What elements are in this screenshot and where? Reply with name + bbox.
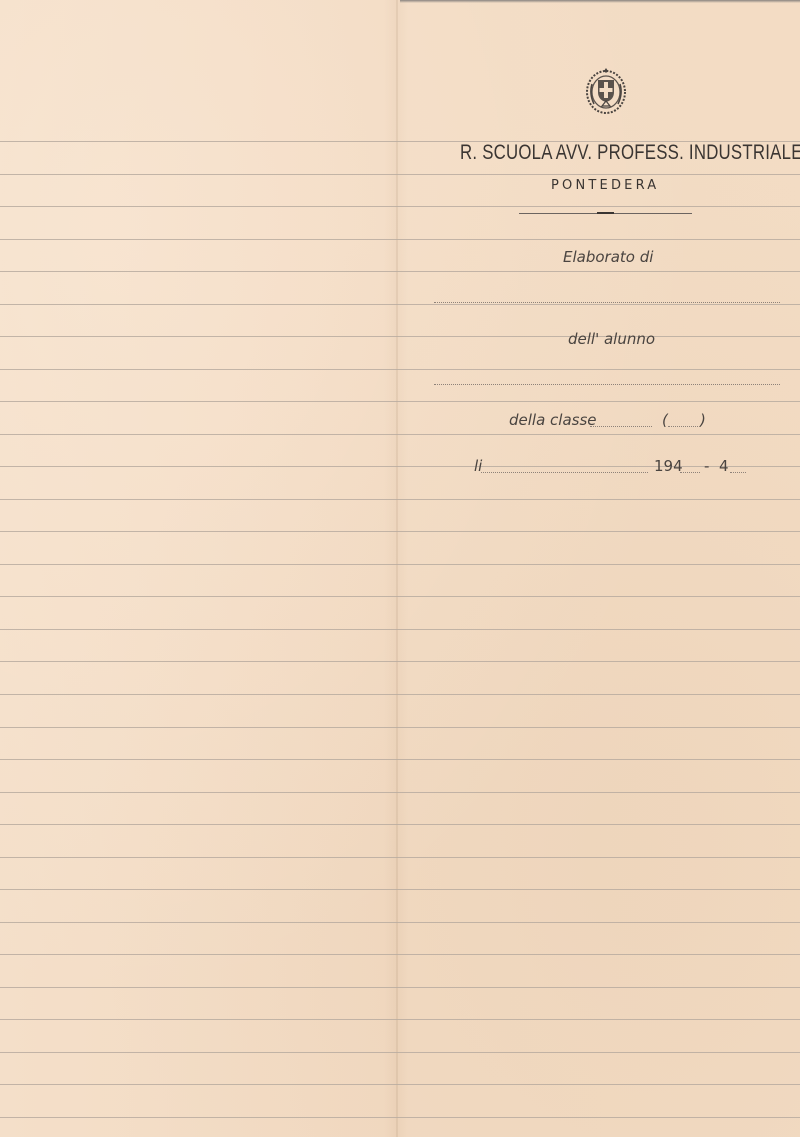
school-year-field[interactable] <box>730 472 746 473</box>
ruled-line <box>0 434 800 435</box>
section-field[interactable] <box>668 426 698 427</box>
ruled-line <box>0 239 800 240</box>
ruled-line <box>0 1084 800 1085</box>
section-close: ) <box>700 411 706 429</box>
ruled-line <box>0 1052 800 1053</box>
ruled-line <box>0 271 800 272</box>
ruled-line <box>0 987 800 988</box>
ruled-line <box>0 759 800 760</box>
student-field[interactable] <box>434 384 780 385</box>
sheet-top-edge <box>400 0 800 3</box>
ruled-line <box>0 1117 800 1118</box>
ruled-line <box>0 564 800 565</box>
ruled-line <box>0 889 800 890</box>
ruled-line <box>0 304 800 305</box>
ruled-line <box>0 499 800 500</box>
savoy-coat-of-arms-icon <box>584 66 628 118</box>
ruled-line <box>0 629 800 630</box>
school-year-prefix: 4 <box>719 457 729 475</box>
class-label: della classe <box>509 411 597 429</box>
ruled-line <box>0 206 800 207</box>
ruled-line <box>0 369 800 370</box>
ruled-line <box>0 792 800 793</box>
student-label: dell' alunno <box>568 330 655 348</box>
ruled-line <box>0 824 800 825</box>
ruled-line <box>0 661 800 662</box>
ruled-line <box>0 857 800 858</box>
ruled-line <box>0 336 800 337</box>
institution-title: R. SCUOLA AVV. PROFESS. INDUSTRIALE <box>460 141 800 165</box>
ruled-line <box>0 1019 800 1020</box>
ruled-line <box>0 596 800 597</box>
year-field[interactable] <box>680 472 700 473</box>
ruled-line <box>0 954 800 955</box>
header-divider-mark <box>597 212 614 214</box>
ruled-line <box>0 531 800 532</box>
class-field[interactable] <box>590 426 652 427</box>
place-date-field[interactable] <box>481 472 648 473</box>
work-field[interactable] <box>434 302 780 303</box>
institution-city: PONTEDERA <box>551 178 659 193</box>
center-fold <box>396 0 398 1137</box>
paper-sheet <box>0 0 800 1137</box>
year-prefix: 194 <box>654 457 683 475</box>
ruled-line <box>0 401 800 402</box>
ruled-line <box>0 727 800 728</box>
year-separator: - <box>704 457 709 475</box>
ruled-line <box>0 694 800 695</box>
work-label: Elaborato di <box>563 248 653 266</box>
section-open: ( <box>662 411 668 429</box>
ruled-line <box>0 174 800 175</box>
ruled-line <box>0 922 800 923</box>
